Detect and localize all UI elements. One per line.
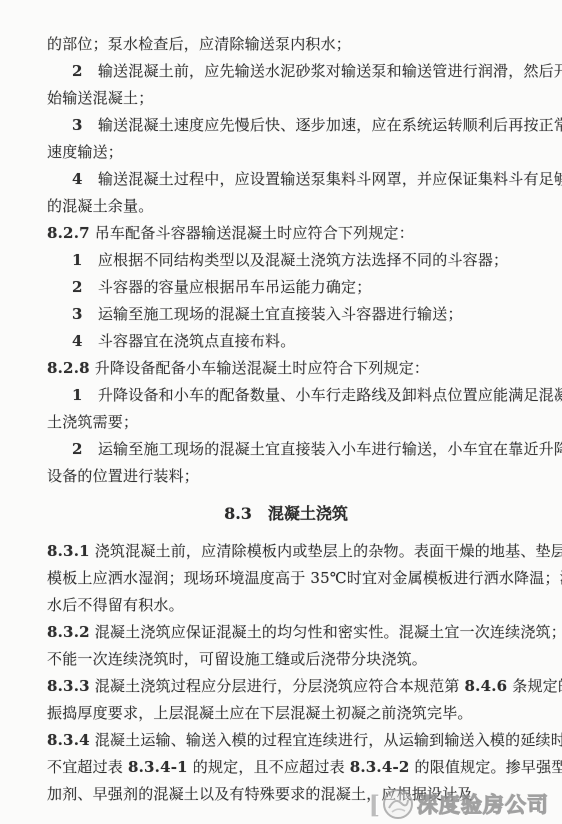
section-title: 混凝土浇筑 (268, 504, 348, 523)
line-text: 条规定的分层 (507, 677, 562, 695)
line-text: 的混凝土余量。 (47, 197, 153, 215)
text-line: 8.3.3 混凝土浇筑过程应分层进行，分层浇筑应符合本规范第 8.4.6 条规定… (47, 673, 525, 700)
text-line: 的部位；泵水检查后，应清除输送泵内积水； (47, 31, 525, 58)
watermark-logo-icon (381, 787, 415, 821)
text-line: 2 运输至施工现场的混凝土宜直接装入小车进行输送，小车宜在靠近升降 (47, 436, 525, 463)
line-text: 斗容器的容量应根据吊车吊运能力确定； (83, 278, 372, 296)
line-text: 输送混凝土前，应先输送水泥砂浆对输送泵和输送管进行润滑，然后开 (83, 62, 562, 80)
line-text: 应根据不同结构类型以及混凝土浇筑方法选择不同的斗容器； (83, 251, 509, 269)
text-line: 8.3.1 浇筑混凝土前，应清除模板内或垫层上的杂物。表面干燥的地基、垫层、 (47, 538, 525, 565)
line-text: 输送混凝土过程中，应设置输送泵集料斗网罩，并应保证集料斗有足够 (83, 170, 562, 188)
line-text: 混凝土运输、输送入模的过程宜连续进行，从运输到输送入模的延续时间 (90, 731, 562, 749)
clause-number: 3 (72, 116, 83, 134)
clause-number: 8.3.4 (47, 731, 90, 749)
clause-number: 8.4.6 (465, 677, 508, 695)
line-text: 的部位；泵水检查后，应清除输送泵内积水； (47, 35, 351, 53)
line-text: 不宜超过表 (47, 758, 128, 776)
clause-number: 4 (72, 170, 83, 188)
text-line: 8.3.2 混凝土浇筑应保证混凝土的均匀性和密实性。混凝土宜一次连续浇筑；当 (47, 619, 525, 646)
watermark-text: 深度验房公司 (417, 789, 549, 819)
watermark: [ 深度验房公司 (369, 787, 549, 821)
text-line: 1 应根据不同结构类型以及混凝土浇筑方法选择不同的斗容器； (47, 247, 525, 274)
line-text: 设备的位置进行装料； (47, 467, 199, 485)
line-text: 混凝土浇筑过程应分层进行，分层浇筑应符合本规范第 (90, 677, 465, 695)
line-text: 吊车配备斗容器输送混凝土时应符合下列规定： (90, 224, 414, 242)
line-text: 的限值规定。掺早强型减水外 (410, 758, 562, 776)
text-line: 始输送混凝土； (47, 85, 525, 112)
clause-number: 8.3.1 (47, 542, 90, 560)
text-line: 3 输送混凝土速度应先慢后快、逐步加速，应在系统运转顺利后再按正常 (47, 112, 525, 139)
text-line: 振捣厚度要求，上层混凝土应在下层混凝土初凝之前浇筑完毕。 (47, 700, 525, 727)
line-text: 浇筑混凝土前，应清除模板内或垫层上的杂物。表面干燥的地基、垫层、 (90, 542, 562, 560)
line-text: 升降设备配备小车输送混凝土时应符合下列规定： (90, 359, 429, 377)
clause-number: 2 (72, 62, 83, 80)
line-text: 运输至施工现场的混凝土宜直接装入小车进行输送，小车宜在靠近升降 (83, 440, 562, 458)
clause-number: 8.2.8 (47, 359, 90, 377)
clause-number: 2 (72, 440, 83, 458)
text-line: 2 斗容器的容量应根据吊车吊运能力确定； (47, 274, 525, 301)
text-line: 2 输送混凝土前，应先输送水泥砂浆对输送泵和输送管进行润滑，然后开 (47, 58, 525, 85)
text-line: 3 运输至施工现场的混凝土宜直接装入斗容器进行输送； (47, 301, 525, 328)
text-line: 速度输送； (47, 139, 525, 166)
clause-number: 8.3.4-2 (350, 758, 410, 776)
clause-number: 1 (72, 386, 83, 404)
text-line: 设备的位置进行装料； (47, 463, 525, 490)
text-line: 模板上应洒水湿润；现场环境温度高于 35℃时宜对金属模板进行洒水降温；洒 (47, 565, 525, 592)
section-number: 8.3 (224, 504, 252, 523)
document-body: 的部位；泵水检查后，应清除输送泵内积水；2 输送混凝土前，应先输送水泥砂浆对输送… (47, 31, 525, 808)
clause-number: 3 (72, 305, 83, 323)
line-text: 水后不得留有积水。 (47, 596, 184, 614)
document-page: 的部位；泵水检查后，应清除输送泵内积水；2 输送混凝土前，应先输送水泥砂浆对输送… (0, 0, 562, 824)
clause-number: 8.2.7 (47, 224, 90, 242)
watermark-bracket: [ (369, 790, 380, 819)
line-text: 混凝土浇筑应保证混凝土的均匀性和密实性。混凝土宜一次连续浇筑；当 (90, 623, 562, 641)
clause-number: 8.3.4-1 (128, 758, 188, 776)
clause-number: 8.3.3 (47, 677, 90, 695)
line-text: 振捣厚度要求，上层混凝土应在下层混凝土初凝之前浇筑完毕。 (47, 704, 473, 722)
text-line: 土浇筑需要； (47, 409, 525, 436)
text-line: 1 升降设备和小车的配备数量、小车行走路线及卸料点位置应能满足混凝 (47, 382, 525, 409)
line-text: 模板上应洒水湿润；现场环境温度高于 35℃时宜对金属模板进行洒水降温；洒 (47, 569, 562, 587)
text-line: 8.2.7 吊车配备斗容器输送混凝土时应符合下列规定： (47, 220, 525, 247)
text-line: 水后不得留有积水。 (47, 592, 525, 619)
line-text: 输送混凝土速度应先慢后快、逐步加速，应在系统运转顺利后再按正常 (83, 116, 562, 134)
text-line: 不宜超过表 8.3.4-1 的规定，且不应超过表 8.3.4-2 的限值规定。掺… (47, 754, 525, 781)
text-line: 4 斗容器宜在浇筑点直接布料。 (47, 328, 525, 355)
section-heading: 8.3混凝土浇筑 (47, 500, 525, 527)
clause-number: 1 (72, 251, 83, 269)
text-line: 的混凝土余量。 (47, 193, 525, 220)
line-text: 不能一次连续浇筑时，可留设施工缝或后浇带分块浇筑。 (47, 650, 427, 668)
line-text: 升降设备和小车的配备数量、小车行走路线及卸料点位置应能满足混凝 (83, 386, 562, 404)
clause-number: 8.3.2 (47, 623, 90, 641)
text-line: 不能一次连续浇筑时，可留设施工缝或后浇带分块浇筑。 (47, 646, 525, 673)
line-text: 斗容器宜在浇筑点直接布料。 (83, 332, 296, 350)
line-text: 速度输送； (47, 143, 123, 161)
clause-number: 4 (72, 332, 83, 350)
clause-number: 2 (72, 278, 83, 296)
line-text: 运输至施工现场的混凝土宜直接装入斗容器进行输送； (83, 305, 463, 323)
line-text: 的规定，且不应超过表 (188, 758, 350, 776)
text-line: 8.2.8 升降设备配备小车输送混凝土时应符合下列规定： (47, 355, 525, 382)
line-text: 土浇筑需要； (47, 413, 138, 431)
text-line: 4 输送混凝土过程中，应设置输送泵集料斗网罩，并应保证集料斗有足够 (47, 166, 525, 193)
line-text: 始输送混凝土； (47, 89, 153, 107)
text-line: 8.3.4 混凝土运输、输送入模的过程宜连续进行，从运输到输送入模的延续时间 (47, 727, 525, 754)
